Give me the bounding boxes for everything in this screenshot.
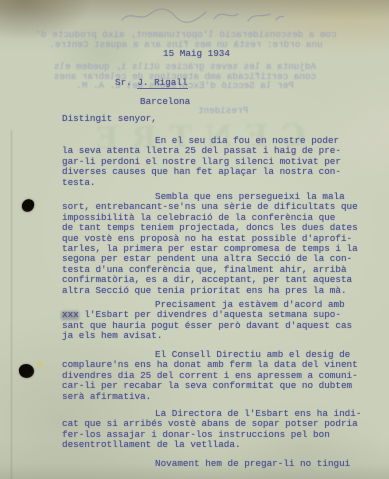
bleedthrough-top-lines: com a desconsideració l'oportunament, ai… bbox=[18, 30, 354, 49]
addressee-line: Sr. J. Rigall bbox=[115, 78, 188, 88]
paper-fleck bbox=[36, 362, 42, 367]
paragraph-1: En el seu dia fou en nostre poder la sev… bbox=[62, 136, 380, 188]
paragraph-3: Precisament ja estàvem d'acord amb xxx l… bbox=[62, 300, 380, 342]
letter-photo: com a desconsideració l'oportunament, ai… bbox=[0, 0, 389, 479]
salutation: Distingit senyor, bbox=[62, 114, 157, 124]
typewriter-strikeout-mark bbox=[61, 311, 79, 320]
paragraph-4: El Consell Directiu amb el desig de comp… bbox=[62, 350, 380, 402]
paragraph-2: Sembla que ens persegueixi la mala sort,… bbox=[62, 192, 380, 296]
addressee-name: J. Rigall bbox=[137, 77, 187, 89]
pencil-annotation-icon bbox=[116, 2, 284, 28]
letter-date: 15 Maig 1934 bbox=[163, 49, 230, 59]
paragraph-5: La Directora de l'Esbart ens ha indi- ca… bbox=[62, 409, 380, 451]
ink-blot-hole-bottom bbox=[18, 363, 35, 379]
ink-blot-hole-top bbox=[21, 198, 36, 214]
addressee-prefix: Sr. bbox=[115, 77, 137, 88]
paragraph-6: Novament hem de pregar-li no tingui bbox=[62, 459, 380, 469]
addressee-city: Barcelona bbox=[140, 97, 190, 107]
bleedthrough-word: President bbox=[186, 106, 260, 116]
